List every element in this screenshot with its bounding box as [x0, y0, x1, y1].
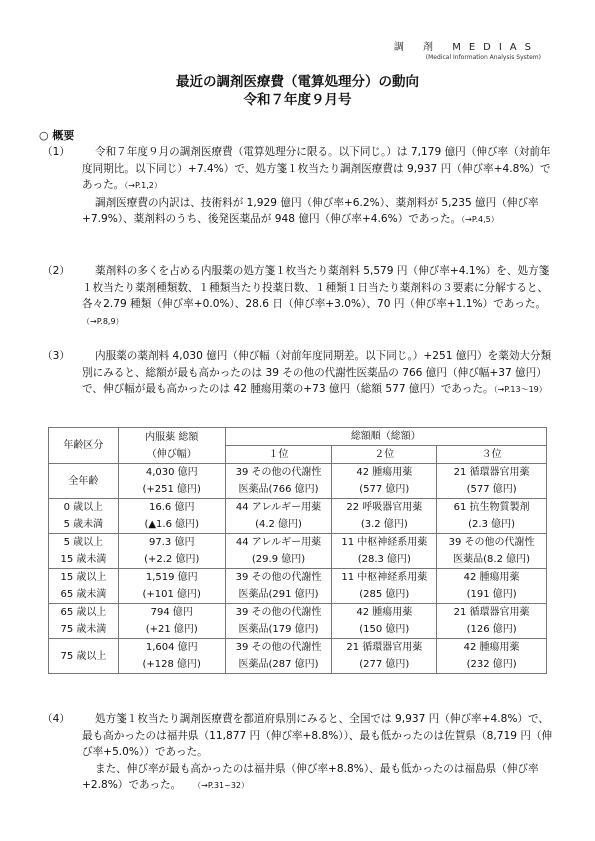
- total-value: 1,519 億円: [146, 572, 198, 583]
- header-rank-group: 総額順（総額）: [225, 428, 546, 446]
- diff-value: (+128 億円): [143, 659, 201, 670]
- section-paragraph: 令和７年度９月の調剤医療費（電算処理分に限る。以下同じ。）は 7,179 億円（…: [42, 144, 554, 195]
- rank2-cell: 11 中枢神経系用薬(28.3 億円): [332, 534, 437, 569]
- total-value: 1,604 億円: [146, 642, 198, 653]
- total-cell: 16.6 億円(▲1.6 億円): [118, 499, 225, 534]
- issue-label: 令和７年度９月号: [0, 91, 595, 109]
- table-row: 75 歳以上 1,604 億円(+128 億円) 39 その他の代謝性医薬品(2…: [49, 639, 547, 674]
- rank2-cell: 22 呼吸器官用薬(3.2 億円): [332, 499, 437, 534]
- drug-class: 11 中枢神経系用薬: [341, 537, 427, 548]
- drug-class: 42 腫瘍用薬: [356, 607, 412, 618]
- rank2-cell: 11 中枢神経系用薬(285 億円): [332, 569, 437, 604]
- drug-amount: (285 億円): [359, 589, 409, 600]
- drug-amount: 医薬品(291 億円): [238, 589, 318, 600]
- rank1-cell: 39 その他の代謝性医薬品(287 億円): [225, 639, 332, 674]
- section-number: （2）: [42, 263, 70, 280]
- drug-class: 42 腫瘍用薬: [464, 572, 520, 583]
- drug-amount: (232 億円): [467, 659, 517, 670]
- table-row: 0 歳以上5 歳未満 16.6 億円(▲1.6 億円) 44 アレルギー用薬(4…: [49, 499, 547, 534]
- rank1-cell: 39 その他の代謝性医薬品(766 億円): [225, 464, 332, 499]
- section-paragraph: 処方箋１枚当たり調剤医療費を都道府県別にみると、全国では 9,937 円（伸び率…: [42, 711, 554, 761]
- rank3-cell: 21 循環器官用薬(126 億円): [437, 604, 547, 639]
- section-paragraph: 内服薬の薬剤料 4,030 億円（伸び幅（対前年度同期差。以下同じ。）+251 …: [42, 348, 554, 399]
- diff-value: (+21 億円): [146, 624, 198, 635]
- drug-amount: (2.3 億円): [468, 519, 515, 530]
- drug-amount: (4.2 億円): [255, 519, 302, 530]
- rank1-cell: 44 アレルギー用薬(4.2 億円): [225, 499, 332, 534]
- section-paragraph: また、伸び率が最も高かったのは福井県（伸び率+8.8%）、最も低かったのは福島県…: [42, 761, 554, 795]
- drug-amount: (126 億円): [467, 624, 517, 635]
- total-value: 4,030 億円: [146, 467, 198, 478]
- section-3: （3） 内服薬の薬剤料 4,030 億円（伸び幅（対前年度同期差。以下同じ。）+…: [42, 348, 554, 399]
- header-age: 年齢区分: [49, 428, 119, 464]
- total-cell: 1,519 億円(+101 億円): [118, 569, 225, 604]
- drug-class: 22 呼吸器官用薬: [346, 502, 422, 513]
- drug-amount: 医薬品(287 億円): [238, 659, 318, 670]
- drug-amount: (191 億円): [467, 589, 517, 600]
- section-number: （1）: [42, 144, 70, 161]
- drug-amount: (577 億円): [467, 484, 517, 495]
- age-line2: 65 歳未満: [60, 589, 106, 600]
- header-rank3: ３位: [437, 446, 547, 464]
- drug-class: 21 循環器官用薬: [454, 467, 530, 478]
- age-line1: 0 歳以上: [64, 502, 104, 513]
- drug-amount: (28.3 億円): [358, 554, 411, 565]
- age-cell: 0 歳以上5 歳未満: [49, 499, 119, 534]
- drug-amount: (3.2 億円): [361, 519, 408, 530]
- age-line2: 75 歳未満: [60, 624, 106, 635]
- diff-value: (+101 億円): [143, 589, 201, 600]
- rank3-cell: 39 その他の代謝性医薬品(8.2 億円): [437, 534, 547, 569]
- age-line1: 75 歳以上: [60, 651, 106, 662]
- table-row: 15 歳以上65 歳未満 1,519 億円(+101 億円) 39 その他の代謝…: [49, 569, 547, 604]
- paragraph-text: また、伸び率が最も高かったのは福井県（伸び率+8.8%）、最も低かったのは福島県…: [82, 763, 539, 792]
- brand-name: 調 剤 MEDIAS: [394, 42, 539, 54]
- header-total: 内服薬 総額（伸び幅）: [118, 428, 225, 464]
- overview-heading: ○ 概要: [39, 127, 74, 143]
- drug-class: 42 腫瘍用薬: [464, 642, 520, 653]
- page-reference: （→P.31~32）: [197, 781, 249, 790]
- total-cell: 4,030 億円(+251 億円): [118, 464, 225, 499]
- drug-amount: (150 億円): [359, 624, 409, 635]
- drug-amount: (277 億円): [359, 659, 409, 670]
- drug-class: 39 その他の代謝性: [236, 607, 322, 618]
- total-value: 97.3 億円: [149, 537, 194, 548]
- age-line2: 15 歳未満: [60, 554, 106, 565]
- paragraph-text: 内服薬の薬剤料 4,030 億円（伸び幅（対前年度同期差。以下同じ。）+251 …: [82, 350, 551, 395]
- diff-value: (▲1.6 億円): [144, 519, 199, 530]
- section-4: （4） 処方箋１枚当たり調剤医療費を都道府県別にみると、全国では 9,937 円…: [42, 711, 554, 795]
- age-line1: 65 歳以上: [60, 607, 106, 618]
- page-reference: （→P.13～19）: [494, 385, 547, 394]
- section-2: （2） 薬剤料の多くを占める内服薬の処方箋１枚当たり薬剤料 5,579 円（伸び…: [42, 263, 554, 330]
- rank1-cell: 39 その他の代謝性医薬品(179 億円): [225, 604, 332, 639]
- rank3-cell: 42 腫瘍用薬(232 億円): [437, 639, 547, 674]
- page-reference: （→P.1,2）: [124, 181, 162, 190]
- drug-class: 21 循環器官用薬: [454, 607, 530, 618]
- age-cell: 5 歳以上15 歳未満: [49, 534, 119, 569]
- drug-amount: 医薬品(8.2 億円): [453, 554, 530, 565]
- drug-class: 42 腫瘍用薬: [356, 467, 412, 478]
- age-line1: 15 歳以上: [60, 572, 106, 583]
- drug-class: 39 その他の代謝性: [236, 642, 322, 653]
- section-paragraph: 調剤医療費の内訳は、技術料が 1,929 億円（伸び率+6.2%）、薬剤料が 5…: [42, 195, 554, 229]
- total-cell: 794 億円(+21 億円): [118, 604, 225, 639]
- drug-class: 61 抗生物質製剤: [454, 502, 530, 513]
- header-rank2: ２位: [332, 446, 437, 464]
- page-reference: （→P.8,9）: [82, 317, 124, 326]
- brand-block: 調 剤 MEDIAS (Medical Information Analysis…: [394, 42, 539, 62]
- drug-class: 11 中枢神経系用薬: [341, 572, 427, 583]
- rank3-cell: 61 抗生物質製剤(2.3 億円): [437, 499, 547, 534]
- drug-class: 21 循環器官用薬: [346, 642, 422, 653]
- drug-amount: 医薬品(179 億円): [238, 624, 318, 635]
- drug-amount: (29.9 億円): [252, 554, 305, 565]
- drug-class: 44 アレルギー用薬: [236, 537, 321, 548]
- age-group-table: 年齢区分 内服薬 総額（伸び幅） 総額順（総額） １位 ２位 ３位 全年齢 4,…: [48, 427, 547, 674]
- drug-amount: 医薬品(766 億円): [238, 484, 318, 495]
- diff-value: (+251 億円): [143, 484, 201, 495]
- rank2-cell: 21 循環器官用薬(277 億円): [332, 639, 437, 674]
- age-line2: 5 歳未満: [64, 519, 104, 530]
- section-number: （3）: [42, 348, 70, 365]
- drug-class: 39 その他の代謝性: [449, 537, 535, 548]
- total-cell: 1,604 億円(+128 億円): [118, 639, 225, 674]
- paragraph-text: 薬剤料の多くを占める内服薬の処方箋１枚当たり薬剤料 5,579 円（伸び率+4.…: [82, 265, 549, 310]
- rank3-cell: 42 腫瘍用薬(191 億円): [437, 569, 547, 604]
- brand-subtitle: (Medical Information Analysis System): [394, 54, 541, 62]
- table-row: 5 歳以上15 歳未満 97.3 億円(+2.2 億円) 44 アレルギー用薬(…: [49, 534, 547, 569]
- age-cell: 65 歳以上75 歳未満: [49, 604, 119, 639]
- total-cell: 97.3 億円(+2.2 億円): [118, 534, 225, 569]
- section-1: （1） 令和７年度９月の調剤医療費（電算処理分に限る。以下同じ。）は 7,179…: [42, 144, 554, 229]
- total-value: 794 億円: [151, 607, 193, 618]
- drug-class: 39 その他の代謝性: [236, 467, 322, 478]
- rank2-cell: 42 腫瘍用薬(577 億円): [332, 464, 437, 499]
- header-rank1: １位: [225, 446, 332, 464]
- rank2-cell: 42 腫瘍用薬(150 億円): [332, 604, 437, 639]
- age-cell: 15 歳以上65 歳未満: [49, 569, 119, 604]
- drug-class: 39 その他の代謝性: [236, 572, 322, 583]
- drug-amount: (577 億円): [359, 484, 409, 495]
- rank1-cell: 44 アレルギー用薬(29.9 億円): [225, 534, 332, 569]
- header-total-line1: 内服薬 総額: [145, 432, 198, 443]
- age-line1: 全年齢: [68, 476, 98, 487]
- age-cell: 全年齢: [49, 464, 119, 499]
- table-row: 65 歳以上75 歳未満 794 億円(+21 億円) 39 その他の代謝性医薬…: [49, 604, 547, 639]
- page-title: 最近の調剤医療費（電算処理分）の動向: [0, 73, 595, 91]
- section-number: （4）: [42, 711, 70, 728]
- header-total-line2: （伸び幅）: [147, 449, 197, 460]
- diff-value: (+2.2 億円): [144, 554, 199, 565]
- rank3-cell: 21 循環器官用薬(577 億円): [437, 464, 547, 499]
- table-row: 全年齢 4,030 億円(+251 億円) 39 その他の代謝性医薬品(766 …: [49, 464, 547, 499]
- age-cell: 75 歳以上: [49, 639, 119, 674]
- page-reference: （→P.4,5）: [461, 215, 499, 224]
- total-value: 16.6 億円: [149, 502, 194, 513]
- drug-class: 44 アレルギー用薬: [236, 502, 321, 513]
- age-line1: 5 歳以上: [64, 537, 104, 548]
- paragraph-text: 処方箋１枚当たり調剤医療費を都道府県別にみると、全国では 9,937 円（伸び率…: [82, 713, 552, 758]
- section-paragraph: 薬剤料の多くを占める内服薬の処方箋１枚当たり薬剤料 5,579 円（伸び率+4.…: [42, 263, 554, 330]
- rank1-cell: 39 その他の代謝性医薬品(291 億円): [225, 569, 332, 604]
